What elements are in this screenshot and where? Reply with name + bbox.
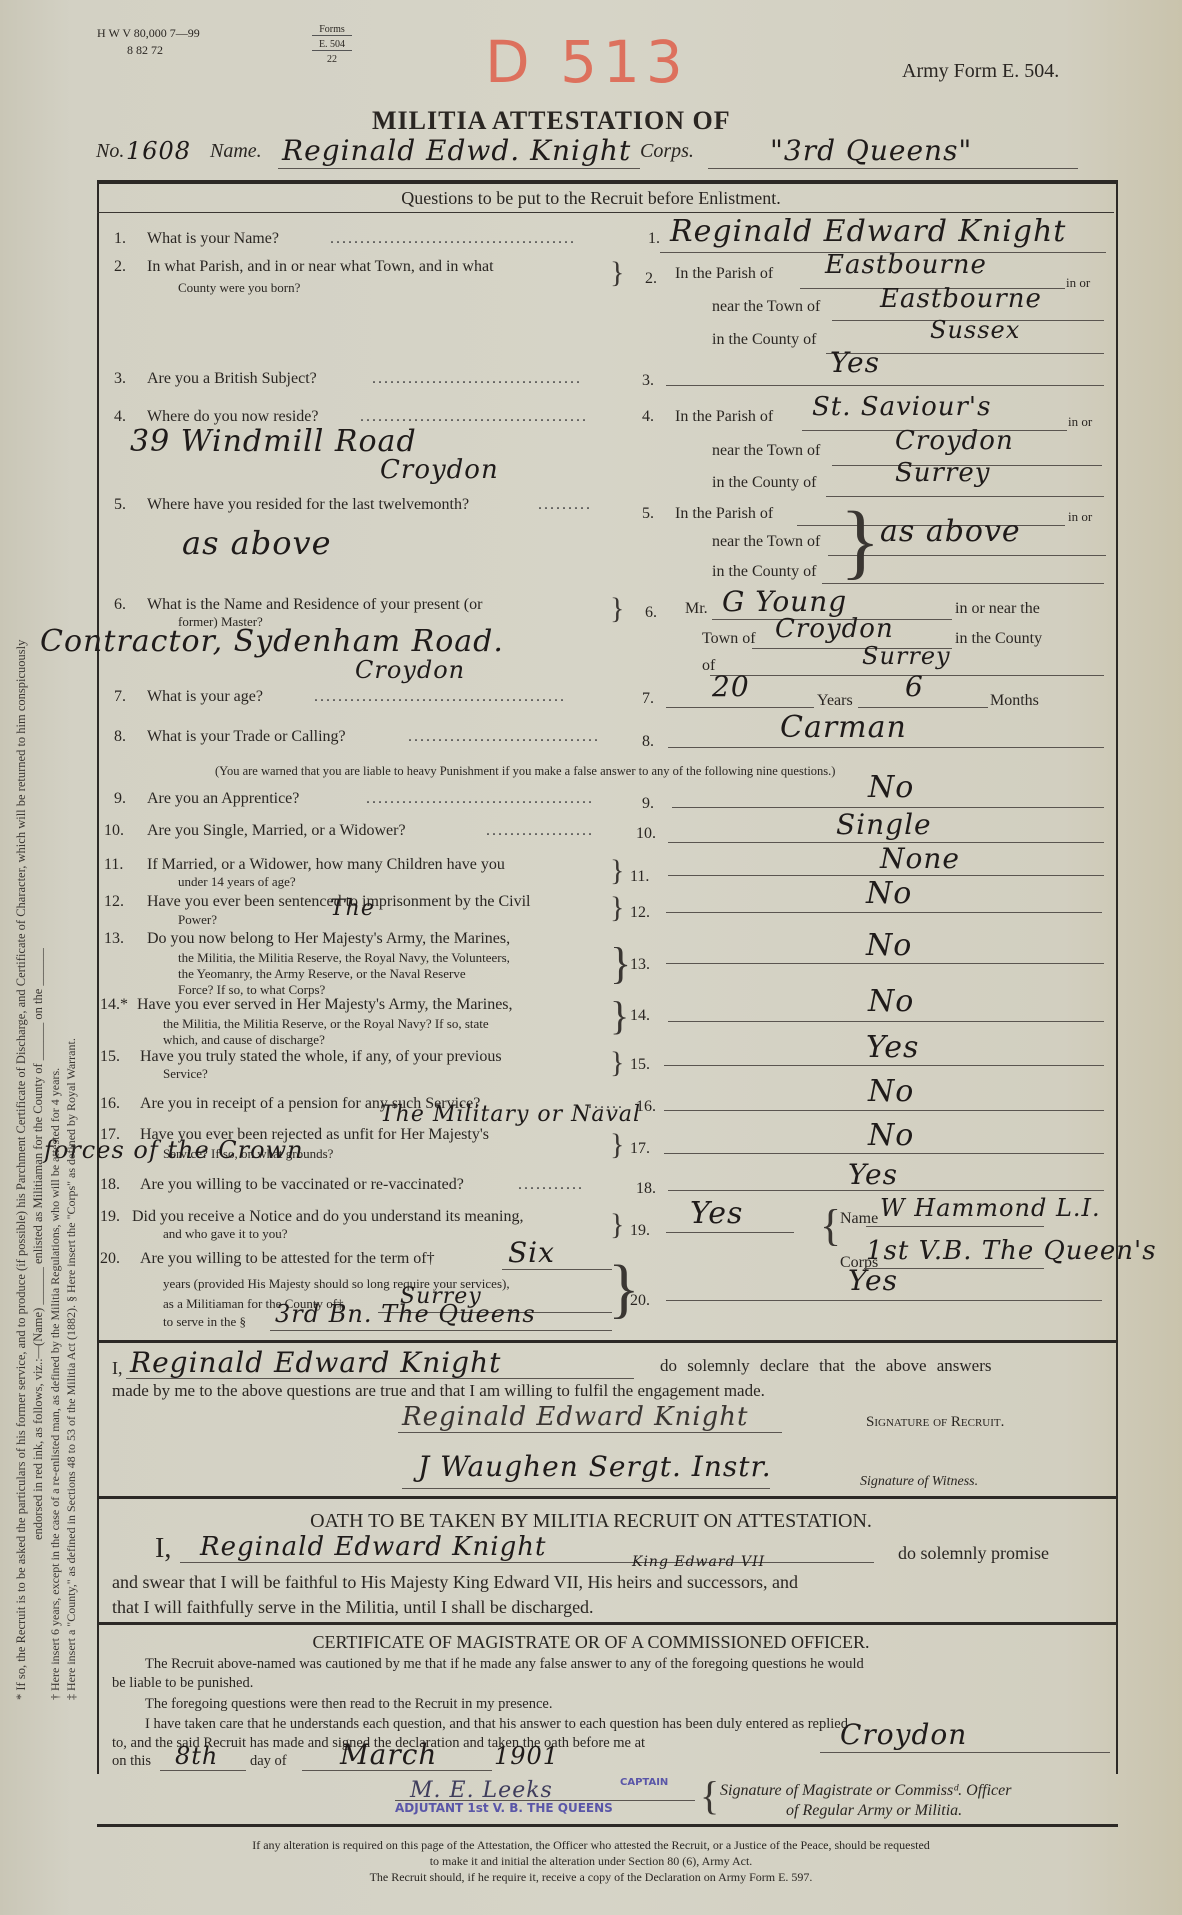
answer-6-county: Surrey — [862, 642, 951, 670]
side-note-2: endorsed in red ink, as follows, viz.:—(… — [31, 948, 46, 1540]
answer-4-town: Croydon — [895, 426, 1014, 456]
question-19-text: Did you receive a Notice and do you unde… — [132, 1208, 523, 1226]
answer-9-apprentice: No — [868, 770, 914, 805]
page-title: MILITIA ATTESTATION OF — [372, 106, 731, 136]
q5-in-or: in or — [1068, 509, 1092, 525]
question-19-number: 19. — [100, 1208, 120, 1226]
question-8-number: 8. — [114, 728, 126, 746]
question-11-text: If Married, or a Widower, how many Child… — [147, 856, 505, 874]
question-11-text-2: under 14 years of age? — [178, 874, 296, 890]
question-1-number: 1. — [114, 230, 126, 248]
question-5-text: Where have you resided for the last twel… — [147, 496, 469, 514]
q6-town-label: Town of — [702, 630, 756, 648]
q13-correction: The — [330, 896, 375, 921]
question-9-number: 9. — [114, 790, 126, 808]
q5-town-label: near the Town of — [712, 533, 820, 551]
answer-4-address: 39 Windmill Road — [130, 424, 417, 459]
footer-line-2: to make it and initial the alteration un… — [0, 1854, 1182, 1869]
printer-code: H W V 80,000 7—99 — [97, 26, 200, 41]
stamp-unit: ADJUTANT 1st V. B. THE QUEENS — [395, 1801, 613, 1815]
side-note-1: * If so, the Recruit is to be asked the … — [14, 190, 29, 1700]
certificate-para-2: The foregoing questions were then read t… — [145, 1696, 552, 1713]
officer-label-2: of Regular Army or Militia. — [786, 1802, 962, 1820]
question-14-text-3: which, and cause of discharge? — [163, 1032, 325, 1048]
certificate-year: 1901 — [494, 1742, 559, 1770]
name-value: Reginald Edwd. Knight — [282, 134, 631, 167]
q17-correction: The Military or Naval — [380, 1102, 641, 1127]
certificate-day: 8th — [175, 1742, 218, 1770]
stamp-rank: CAPTAIN — [620, 1777, 668, 1788]
answer-4-parish: St. Saviour's — [812, 392, 991, 422]
answer-20-serve-in: 3rd Bn. The Queens — [275, 1300, 536, 1328]
oath-line-3: that I will faithfully serve in the Mili… — [112, 1597, 594, 1618]
oath-correction: King Edward VII — [632, 1554, 765, 1570]
certificate-title: CERTIFICATE OF MAGISTRATE OR OF A COMMIS… — [0, 1632, 1182, 1653]
q6-county-label: in the County — [955, 630, 1042, 648]
question-13-text-2: the Militia, the Militia Reserve, the Ro… — [178, 950, 510, 966]
question-7-text: What is your age? — [147, 688, 263, 706]
q17-correction-2: forces of the Crown — [44, 1136, 304, 1164]
printer-code-2: 8 82 72 — [127, 43, 163, 58]
no-value: 1608 — [126, 137, 191, 165]
question-14-text-2: the Militia, the Militia Reserve, or the… — [163, 1016, 489, 1032]
oath-name: Reginald Edward Knight — [200, 1532, 546, 1562]
question-10-text: Are you Single, Married, or a Widower? — [147, 822, 406, 840]
answer-17-rejected: No — [868, 1118, 914, 1153]
recruit-signature: Reginald Edward Knight — [402, 1402, 748, 1432]
question-13-text-3: the Yeomanry, the Army Reserve, or the N… — [178, 966, 466, 982]
officer-label-1: Signature of Magistrate or Commissᵈ. Off… — [720, 1782, 1011, 1800]
q7-months-label: Months — [990, 692, 1039, 710]
question-9-text: Are you an Apprentice? — [147, 790, 299, 808]
declaration-text-1: do solemnly declare that the above answe… — [660, 1356, 992, 1376]
declaration-prefix: I, — [112, 1358, 123, 1379]
certificate-para-1: The Recruit above-named was cautioned by… — [145, 1656, 864, 1673]
corps-value: "3rd Queens" — [770, 134, 972, 167]
question-5-number: 5. — [114, 496, 126, 514]
attestation-page: H W V 80,000 7—99 8 82 72 Forms E. 504 2… — [0, 0, 1182, 1915]
q5-county-label: in the County of — [712, 563, 816, 581]
answer-10-marital: Single — [836, 808, 932, 841]
q2-in-or: in or — [1066, 275, 1090, 291]
answer-15-stated: Yes — [866, 1030, 919, 1065]
q4-parish-label: In the Parish of — [675, 408, 773, 426]
recruit-signature-label: Signature of Recruit. — [866, 1414, 1004, 1431]
oath-title: OATH TO BE TAKEN BY MILITIA RECRUIT ON A… — [0, 1510, 1182, 1533]
side-note-3: † Here insert 6 years, except in the cas… — [48, 1068, 63, 1700]
q6-near-label: in or near the — [955, 600, 1040, 618]
question-7-number: 7. — [114, 688, 126, 706]
certificate-on-this: on this — [112, 1753, 151, 1770]
certificate-para-1b: be liable to be punished. — [112, 1675, 253, 1692]
answer-3-british: Yes — [830, 346, 880, 379]
answer-6-town: Croydon — [775, 614, 894, 644]
question-2-number: 2. — [114, 258, 126, 276]
red-reference-mark: D 513 — [485, 28, 689, 96]
answer-6-master-left: Contractor, Sydenham Road. — [40, 624, 504, 659]
footer-line-1: If any alteration is required on this pa… — [0, 1838, 1182, 1853]
question-18-text: Are you willing to be vaccinated or re-v… — [140, 1176, 464, 1194]
q2-county-label: in the County of — [712, 331, 816, 349]
question-13-text: Do you now belong to Her Majesty's Army,… — [147, 930, 510, 948]
answer-11-children: None — [880, 842, 960, 875]
answer-7-months: 6 — [905, 670, 924, 703]
answer-20-willing: Yes — [848, 1264, 898, 1297]
witness-signature-label: Signature of Witness. — [860, 1474, 978, 1490]
answer-8-trade: Carman — [780, 710, 907, 745]
question-2-text: In what Parish, and in or near what Town… — [147, 258, 494, 276]
footer-line-3: The Recruit should, if he require it, re… — [0, 1870, 1182, 1885]
question-8-text: What is your Trade or Calling? — [147, 728, 346, 746]
q6-mr-label: Mr. — [685, 600, 708, 618]
declaration-name: Reginald Edward Knight — [130, 1346, 501, 1379]
question-2-text-2: County were you born? — [178, 280, 300, 296]
corps-label: Corps. — [640, 140, 694, 163]
name-label: Name. — [210, 140, 262, 163]
answer-20-term: Six — [508, 1236, 555, 1269]
q5-parish-label: In the Parish of — [675, 505, 773, 523]
answer-19-gave-corps: 1st V.B. The Queen's — [866, 1236, 1157, 1266]
oath-promise: do solemnly promise — [898, 1543, 1049, 1564]
certificate-place: Croydon — [840, 1718, 967, 1751]
q7-years-label: Years — [817, 692, 853, 710]
question-19-text-2: and who gave it to you? — [163, 1226, 288, 1242]
declaration-text-2: made by me to the above questions are tr… — [112, 1381, 765, 1401]
answer-12-imprisonment: No — [866, 876, 912, 911]
certificate-day-of: day of — [250, 1753, 287, 1770]
forms-number: E. 504 — [312, 39, 352, 51]
answer-16-pension: No — [868, 1074, 914, 1109]
q4-town-label: near the Town of — [712, 442, 820, 460]
oath-prefix: I, — [155, 1533, 171, 1565]
answer-5-right: as above — [880, 514, 1021, 549]
answer-2-county: Sussex — [930, 316, 1020, 344]
question-14-text: Have you ever served in Her Majesty's Ar… — [137, 996, 513, 1014]
certificate-para-3: I have taken care that he understands ea… — [145, 1716, 848, 1733]
question-20-number: 20. — [100, 1250, 120, 1268]
army-form-number: Army Form E. 504. — [902, 60, 1059, 83]
no-label: No. — [96, 140, 124, 163]
forms-label: Forms — [312, 24, 352, 36]
answer-13-belong: No — [866, 928, 912, 963]
question-3-number: 3. — [114, 370, 126, 388]
side-note-4: ‡ Here insert a "County," as defined in … — [64, 1038, 79, 1700]
question-12-number: 12. — [104, 893, 124, 911]
q4-county-label: in the County of — [712, 474, 816, 492]
q2-parish-label: In the Parish of — [675, 265, 773, 283]
question-18-number: 18. — [100, 1176, 120, 1194]
question-15-text: Have you truly stated the whole, if any,… — [140, 1048, 502, 1066]
question-12-text-2: Power? — [178, 912, 217, 928]
question-20-text: Are you willing to be attested for the t… — [140, 1250, 435, 1268]
question-16-number: 16. — [100, 1095, 120, 1113]
answer-1-name: Reginald Edward Knight — [670, 214, 1066, 249]
false-answer-warning: (You are warned that you are liable to h… — [215, 764, 835, 779]
question-10-number: 10. — [104, 822, 124, 840]
forms-sub: 22 — [312, 54, 352, 65]
answer-2-parish: Eastbourne — [825, 250, 987, 280]
question-20-text-4: to serve in the § — [163, 1314, 246, 1330]
section-title: Questions to be put to the Recruit befor… — [0, 188, 1182, 209]
answer-5-left: as above — [182, 524, 332, 562]
question-13-number: 13. — [104, 930, 124, 948]
question-14-number: 14.* — [100, 996, 128, 1014]
oath-line-2: and swear that I will be faithful to His… — [112, 1572, 798, 1593]
answer-6-master-town: Croydon — [355, 656, 465, 684]
question-3-text: Are you a British Subject? — [147, 370, 317, 388]
answer-2-town: Eastbourne — [880, 284, 1042, 314]
question-15-number: 15. — [100, 1048, 120, 1066]
answer-18-vaccinated: Yes — [848, 1158, 898, 1191]
answer-7-years: 20 — [712, 670, 750, 703]
answer-19-notice: Yes — [690, 1196, 743, 1231]
question-6-text: What is the Name and Residence of your p… — [147, 596, 482, 614]
answer-4-county: Surrey — [895, 458, 991, 488]
q2-town-label: near the Town of — [712, 298, 820, 316]
q4-in-or: in or — [1068, 414, 1092, 430]
question-4-number: 4. — [114, 408, 126, 426]
question-15-text-2: Service? — [163, 1066, 208, 1082]
answer-4-address-town: Croydon — [380, 455, 499, 485]
answer-19-gave-name: W Hammond L.I. — [880, 1194, 1101, 1222]
question-1-text: What is your Name? — [147, 230, 279, 248]
question-6-number: 6. — [114, 596, 126, 614]
witness-signature: J Waughen Sergt. Instr. — [418, 1450, 772, 1483]
answer-14-served: No — [868, 984, 914, 1019]
certificate-month: March — [340, 1738, 437, 1771]
question-11-number: 11. — [104, 856, 123, 874]
